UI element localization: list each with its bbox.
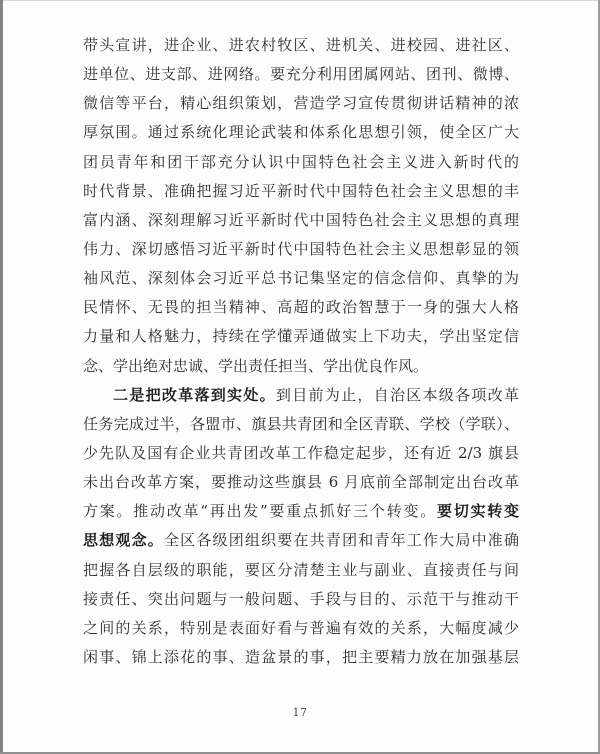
text-segment: 团员青年和团干部充分认识中国特色社会主义进入新时代的	[83, 153, 519, 171]
bold-text-segment: 思想观念。	[83, 531, 164, 549]
text-line: 闲事、锦上添花的事、造盆景的事，把主要精力放在加强基层	[83, 643, 519, 672]
text-line: 之间的关系，特别是表面好看与普遍有效的关系，大幅度减少	[83, 614, 519, 643]
text-line: 思想观念。全区各级团组织要在共青团和青年工作大局中准确	[83, 526, 519, 555]
text-segment: 未出台改革方案，要推动这些旗县 6 月底前全部制定出台改革	[83, 473, 519, 491]
text-segment: 微信等平台，精心组织策划，营造学习宣传贯彻讲话精神的浓	[83, 94, 519, 112]
text-line: 民情怀、无畏的担当精神、高超的政治智慧于一身的强大人格	[83, 293, 519, 322]
text-segment: 带头宣讲，进企业、进农村牧区、进机关、进校园、进社区、	[83, 36, 519, 54]
page-number: 17	[0, 706, 600, 719]
text-line: 带头宣讲，进企业、进农村牧区、进机关、进校园、进社区、	[83, 31, 519, 60]
bold-text-segment: 要切实转变	[437, 502, 519, 520]
scan-edge-left	[0, 0, 3, 754]
text-segment: 富内涵、深刻理解习近平新时代中国特色社会主义思想的真理	[83, 211, 519, 229]
text-line: 念、学出绝对忠诚、学出责任担当、学出优良作风。	[83, 352, 519, 381]
text-line: 微信等平台，精心组织策划，营造学习宣传贯彻讲话精神的浓	[83, 89, 519, 118]
text-segment: 闲事、锦上添花的事、造盆景的事，把主要精力放在加强基层	[83, 648, 519, 666]
text-segment: 把握各自层级的职能，要区分清楚主业与副业、直接责任与间	[83, 561, 519, 579]
text-segment: 少先队及国有企业共青团改革工作稳定起步，还有近 2/3 旗县	[83, 444, 519, 462]
text-segment: 袖风范、深刻体会习近平总书记集坚定的信念信仰、真挚的为	[83, 269, 519, 287]
text-line: 伟力、深切感悟习近平新时代中国特色社会主义思想彰显的领	[83, 235, 519, 264]
document-text-block: 带头宣讲，进企业、进农村牧区、进机关、进校园、进社区、进单位、进支部、进网络。要…	[83, 31, 519, 672]
text-line: 未出台改革方案，要推动这些旗县 6 月底前全部制定出台改革	[83, 468, 519, 497]
text-segment: 全区各级团组织要在共青团和青年工作大局中准确	[164, 531, 519, 549]
text-line: 少先队及国有企业共青团改革工作稳定起步，还有近 2/3 旗县	[83, 439, 519, 468]
text-segment: 之间的关系，特别是表面好看与普遍有效的关系，大幅度减少	[83, 619, 519, 637]
text-segment: 任务完成过半，各盟市、旗县共青团和全区青联、学校（学联）、	[83, 415, 519, 433]
text-line: 厚氛围。通过系统化理论武装和体系化思想引领，使全区广大	[83, 118, 519, 147]
text-line: 把握各自层级的职能，要区分清楚主业与副业、直接责任与间	[83, 556, 519, 585]
scan-edge-top	[0, 0, 600, 1]
text-segment: 时代背景、准确把握习近平新时代中国特色社会主义思想的丰	[83, 182, 519, 200]
text-segment: 厚氛围。通过系统化理论武装和体系化思想引领，使全区广大	[83, 123, 519, 141]
text-segment: 进单位、进支部、进网络。要充分利用团属网站、团刊、微博、	[83, 65, 519, 83]
text-line: 时代背景、准确把握习近平新时代中国特色社会主义思想的丰	[83, 177, 519, 206]
text-line: 进单位、进支部、进网络。要充分利用团属网站、团刊、微博、	[83, 60, 519, 89]
text-line: 方案。推动改革“再出发”要重点抓好三个转变。要切实转变	[83, 497, 519, 526]
text-segment: 力量和人格魅力，持续在学懂弄通做实上下功夫，学出坚定信	[83, 327, 519, 345]
text-line: 二是把改革落到实处。到目前为止，自治区本级各项改革	[83, 381, 519, 410]
text-segment: 到目前为止，自治区本级各项改革	[276, 386, 519, 404]
text-line: 袖风范、深刻体会习近平总书记集坚定的信念信仰、真挚的为	[83, 264, 519, 293]
text-line: 任务完成过半，各盟市、旗县共青团和全区青联、学校（学联）、	[83, 410, 519, 439]
text-line: 富内涵、深刻理解习近平新时代中国特色社会主义思想的真理	[83, 206, 519, 235]
text-line: 团员青年和团干部充分认识中国特色社会主义进入新时代的	[83, 148, 519, 177]
text-line: 接责任、突出问题与一般问题、手段与目的、示范干与推动干	[83, 585, 519, 614]
text-segment: 接责任、突出问题与一般问题、手段与目的、示范干与推动干	[83, 590, 519, 608]
text-segment: 念、学出绝对忠诚、学出责任担当、学出优良作风。	[83, 357, 428, 375]
bold-text-segment: 二是把改革落到实处。	[113, 386, 276, 404]
text-line: 力量和人格魅力，持续在学懂弄通做实上下功夫，学出坚定信	[83, 322, 519, 351]
text-segment: 民情怀、无畏的担当精神、高超的政治智慧于一身的强大人格	[83, 298, 519, 316]
text-segment: 伟力、深切感悟习近平新时代中国特色社会主义思想彰显的领	[83, 240, 519, 258]
text-segment: 方案。推动改革“再出发”要重点抓好三个转变。	[83, 502, 437, 520]
